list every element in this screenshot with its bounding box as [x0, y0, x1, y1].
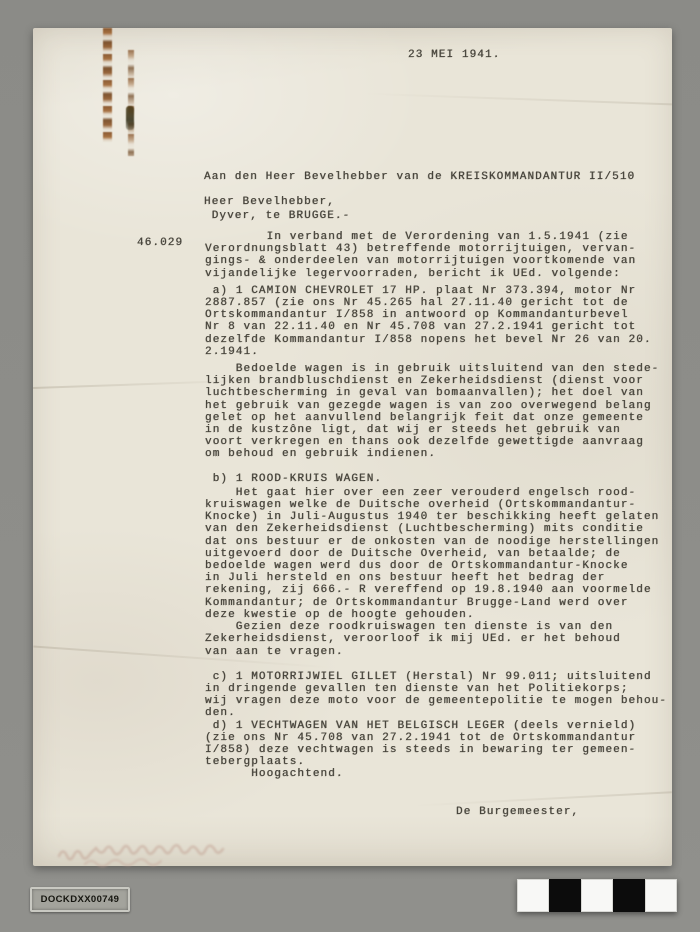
letter-body-line: (zie ons Nr 45.708 van 27.2.1941 tot de … [205, 732, 667, 744]
letter-body-line: Nr 8 van 22.11.40 en Nr 45.708 van 27.2.… [205, 321, 667, 333]
letter-body-line: bedoelde wagen werd dus door de Ortskomm… [205, 560, 667, 572]
letter-body-line: luchtbescherming in geval van bomaanvall… [205, 387, 667, 399]
letter-body-line: a) 1 CAMION CHEVROLET 17 HP. plaat Nr 37… [205, 285, 667, 297]
letter-body-line: wij vragen deze moto voor de gemeentepol… [205, 695, 667, 707]
letter-body-line: I/858) deze vechtwagen is steeds in bewa… [205, 744, 667, 756]
letter-body-line: 2.1941. [205, 346, 667, 358]
reference-number: 46.029 [137, 237, 183, 249]
letter-body-line: in de kustzône ligt, dat wij er steeds h… [205, 424, 667, 436]
letter-body-line: voort verkregen en thans ook dezelfde ge… [205, 436, 667, 448]
letter-body-line: Hoogachtend. [205, 768, 667, 780]
letter-body-line: Het gaat hier over een zeer verouderd en… [205, 487, 667, 499]
letter-body-line: gelet op het aanvullend belangrijk feit … [205, 412, 667, 424]
letter-body-line: dezelfde Kommandantur I/858 nopens het b… [205, 334, 667, 346]
calibration-square-white [517, 879, 549, 912]
recipient-line: Dyver, te BRUGGE.- [204, 210, 635, 223]
calibration-strip [517, 879, 677, 912]
calibration-square-black [549, 879, 581, 912]
recipient-line: Aan den Heer Bevelhebber van de KREISKOM… [204, 171, 635, 184]
letter-body-line: om behoud en gebruik indienen. [205, 448, 667, 460]
letter-body-line: Verordnungsblatt 43) betreffende motorri… [205, 243, 667, 255]
letter-body-line: in Juli hersteld en ons bestuur heeft he… [205, 572, 667, 584]
letter-body-line: in dringende gevallen ten dienste van he… [205, 683, 667, 695]
calibration-square-black [613, 879, 645, 912]
letter-body-line: Bedoelde wagen is in gebruik uitsluitend… [205, 363, 667, 375]
letter-body: In verband met de Verordening van 1.5.19… [205, 231, 667, 781]
rust-stain-blob [126, 106, 134, 130]
signature-line: De Burgemeester, [456, 806, 579, 818]
letter-body-line: van den Zekerheidsdienst (Luchtbeschermi… [205, 523, 667, 535]
paper-crease [413, 791, 672, 807]
letter-body-line: 2887.857 (zie ons Nr 45.265 hal 27.11.40… [205, 297, 667, 309]
letter-body-line: Kommandantur; de Ortskommandantur Brugge… [205, 597, 667, 609]
letter-body-line: Gezien deze roodkruiswagen ten dienste i… [205, 621, 667, 633]
calibration-square-white [645, 879, 677, 912]
letter-body-line: Ortskommandantur I/858 in antwoord op Ko… [205, 309, 667, 321]
letter-body-line: kruiswagen welke de Duitsche overheid (O… [205, 499, 667, 511]
calibration-square-white [581, 879, 613, 912]
bleed-through-handwriting-icon [55, 836, 250, 870]
letter-body-line: rekening, zij 666.- R vereffend op 19.8.… [205, 584, 667, 596]
letter-body-line: Knocke) in Juli-Augustus 1940 ter beschi… [205, 511, 667, 523]
letter-body-line: gings- & onderdeelen van motorrijtuigen … [205, 255, 667, 267]
rust-stain [103, 28, 112, 142]
letter-body-line: tebergplaats. [205, 756, 667, 768]
salutation: Heer Bevelhebber, [204, 196, 335, 208]
archive-label: DOCKDXX00749 [30, 887, 130, 912]
letter-body-line: den. [205, 707, 667, 719]
letter-body-line: van aan te vragen. [205, 646, 667, 658]
rust-stain [128, 50, 134, 156]
letter-date: 23 MEI 1941. [408, 49, 500, 61]
letter-body-line: vijandelijke legervoorraden, bericht ik … [205, 268, 667, 280]
letter-body-line: dat ons bestuur er de onkosten van de no… [205, 536, 667, 548]
letter-body-line: d) 1 VECHTWAGEN VAN HET BELGISCH LEGER (… [205, 720, 667, 732]
letter-body-line: Zekerheidsdienst, veroorloof ik mij UEd.… [205, 633, 667, 645]
letter-body-line: In verband met de Verordening van 1.5.19… [205, 231, 667, 243]
letter-body-line: deze kwestie op de hoogte gehouden. [205, 609, 667, 621]
document-page: 23 MEI 1941. Aan den Heer Bevelhebber va… [33, 28, 672, 866]
letter-body-line: c) 1 MOTORRIJWIEL GILLET (Herstal) Nr 99… [205, 671, 667, 683]
letter-body-line: lijken brandbluschdienst en Zekerheidsdi… [205, 375, 667, 387]
archive-label-code: DOCKDXX00749 [41, 894, 120, 905]
letter-body-line: het gebruik van gezegde wagen is van zoo… [205, 400, 667, 412]
scanner-background: 23 MEI 1941. Aan den Heer Bevelhebber va… [0, 0, 700, 932]
letter-body-line: uitgevoerd door de Duitsche Overheid, va… [205, 548, 667, 560]
paper-crease [363, 93, 672, 106]
letter-body-line: b) 1 ROOD-KRUIS WAGEN. [205, 473, 667, 485]
